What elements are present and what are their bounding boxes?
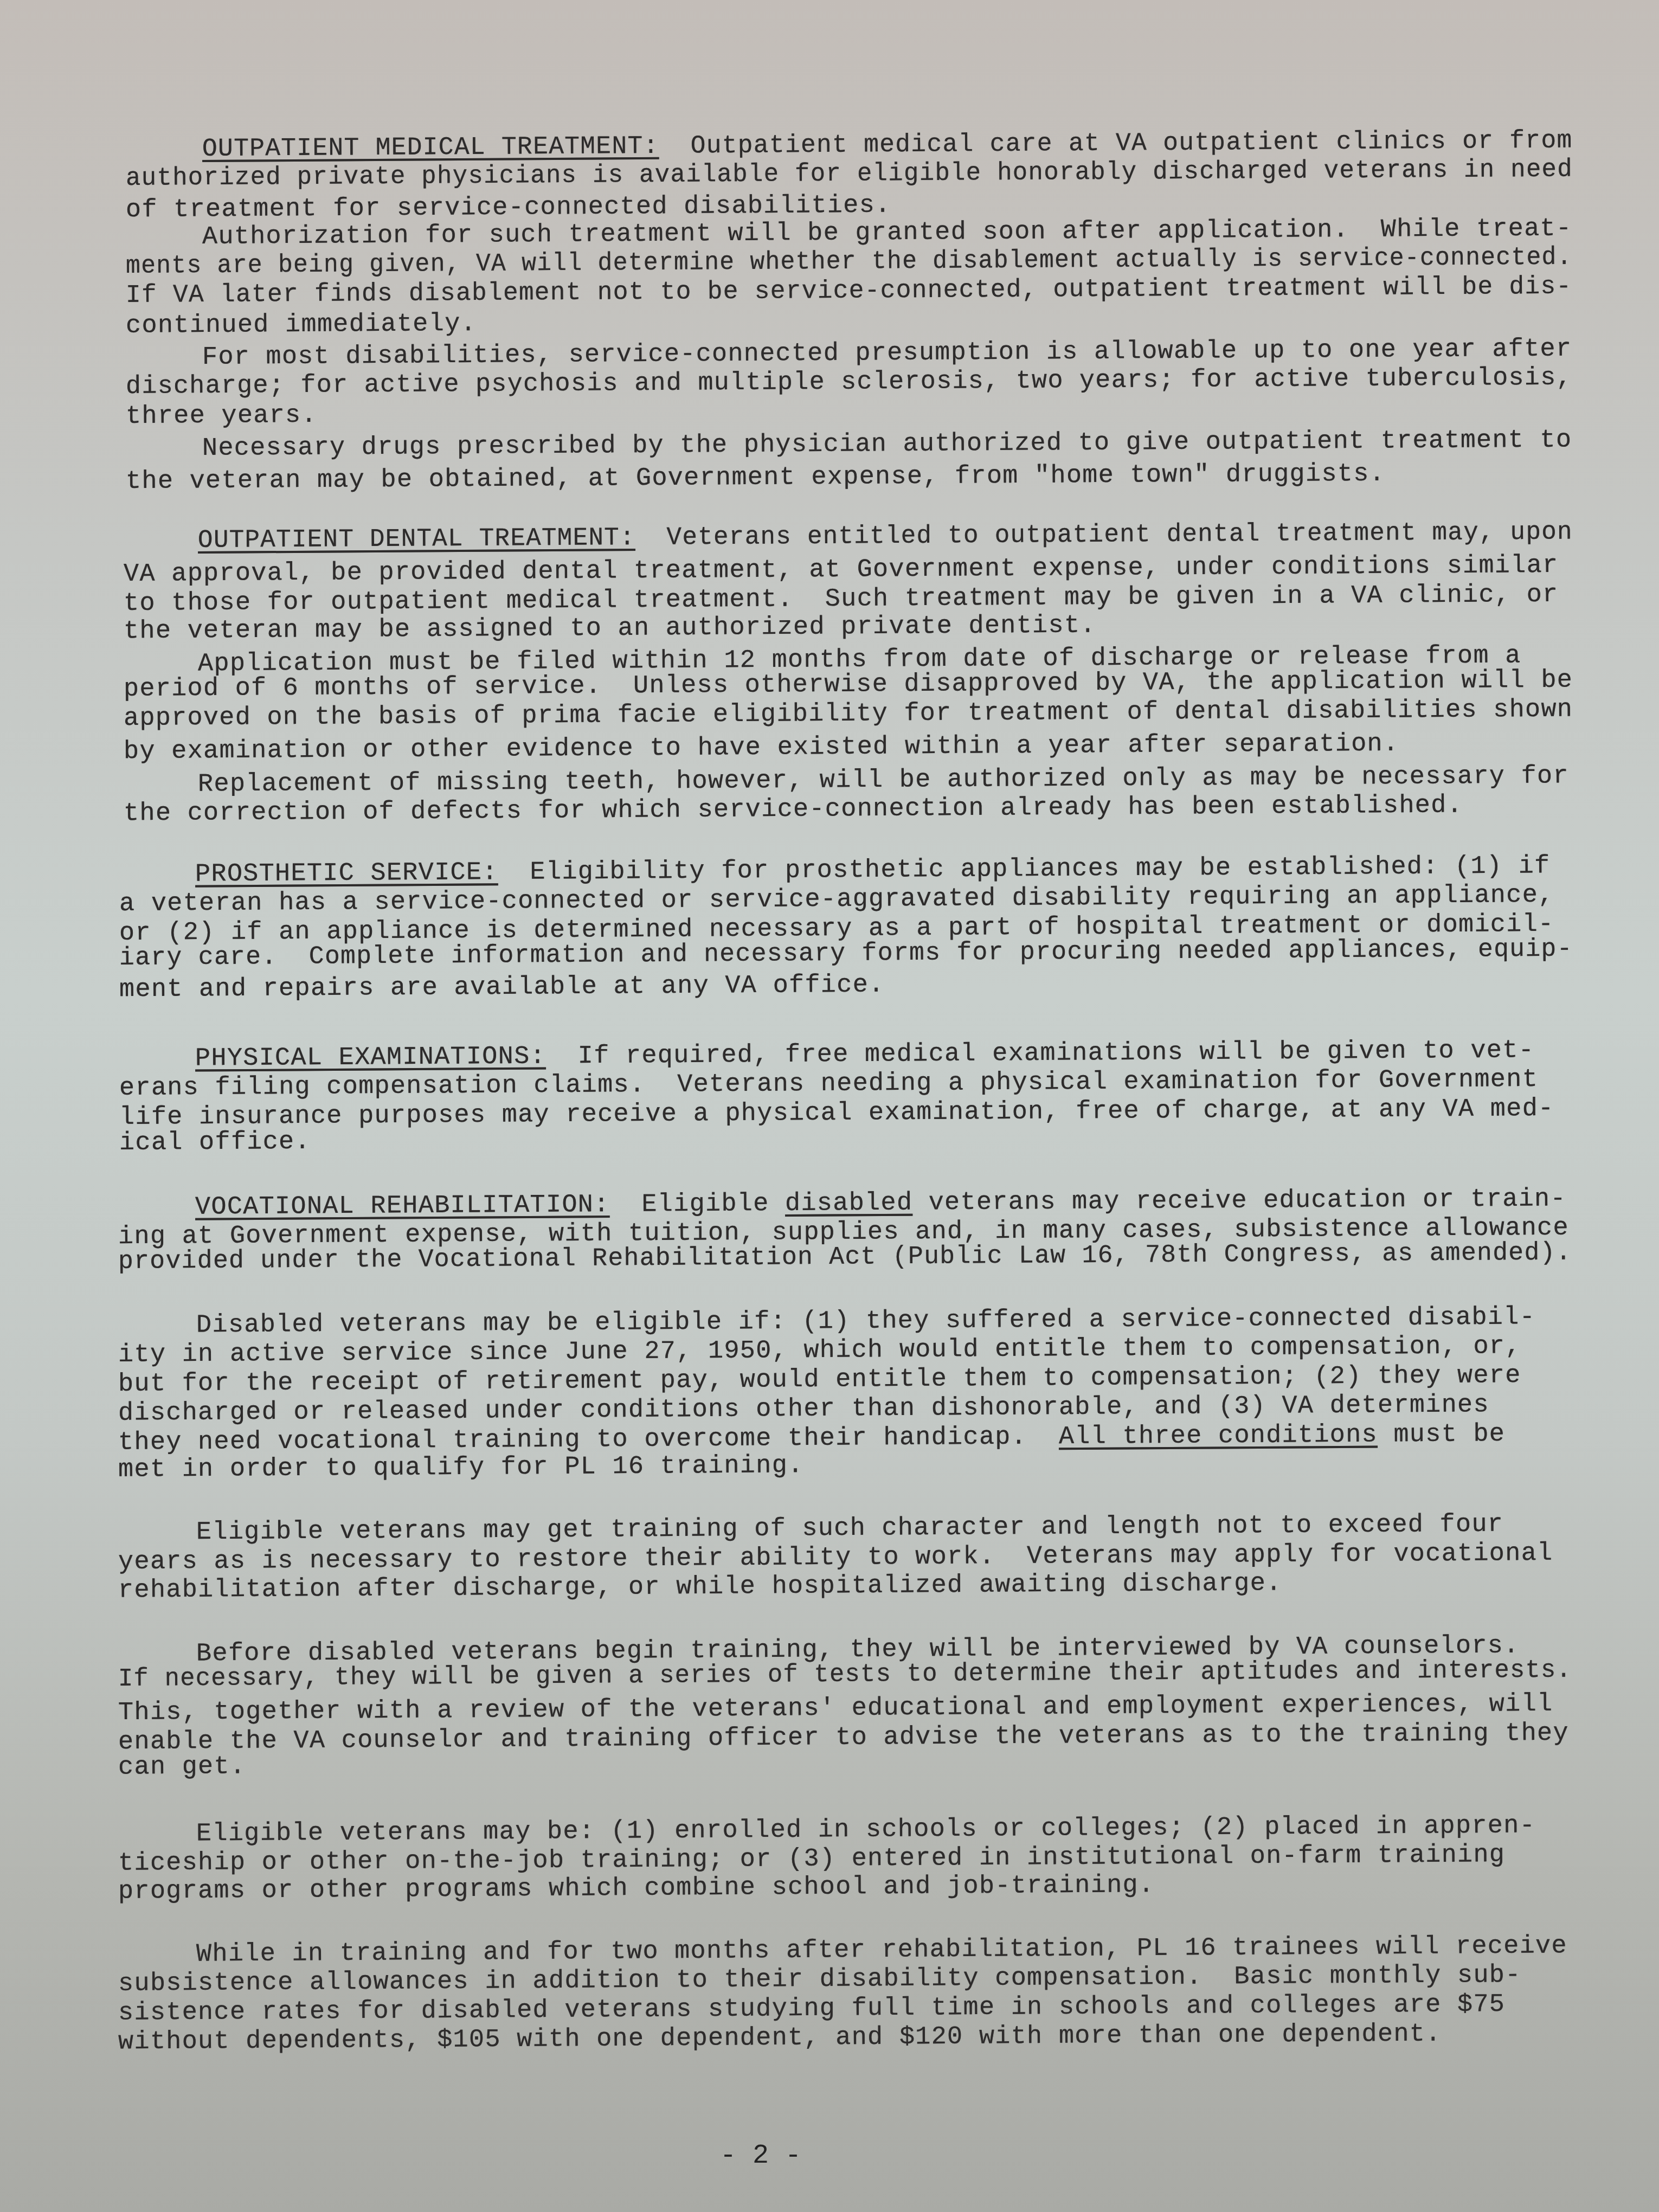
section-heading: VOCATIONAL REHABILITATION: (195, 1191, 610, 1222)
document-page: OUTPATIENT MEDICAL TREATMENT: Outpatient… (0, 0, 1659, 2212)
text-line: programs or other programs which combine… (118, 1870, 1155, 1907)
text-line: OUTPATIENT DENTAL TREATMENT: Veterans en… (198, 518, 1573, 556)
underlined-emphasis: disabled (785, 1189, 913, 1218)
text-line: the veteran may be obtained, at Governme… (126, 459, 1385, 497)
text-line: rehabilitation after discharge, or while… (118, 1568, 1282, 1606)
text-line: continued immediately. (126, 309, 477, 342)
section-heading: OUTPATIENT MEDICAL TREATMENT: (202, 132, 659, 164)
text-line: by examination or other evidence to have… (124, 729, 1399, 767)
text-line: Necessary drugs prescribed by the physic… (202, 426, 1572, 464)
text-line: the veteran may be assigned to an author… (124, 611, 1096, 647)
text-line: three years. (126, 401, 317, 432)
text-line: can get. (118, 1752, 246, 1783)
text-line: ment and repairs are available at any VA… (119, 970, 885, 1006)
section-heading: OUTPATIENT DENTAL TREATMENT: (198, 524, 635, 555)
underlined-emphasis: All three conditions (1059, 1421, 1378, 1452)
section-heading: PROSTHETIC SERVICE: (195, 858, 498, 889)
text-line: ical office. (119, 1127, 311, 1159)
page-number: - 2 - (720, 2140, 801, 2171)
text-line: met in order to qualify for PL 16 traini… (118, 1451, 804, 1486)
section-heading: PHYSICAL EXAMINATIONS: (195, 1043, 546, 1073)
